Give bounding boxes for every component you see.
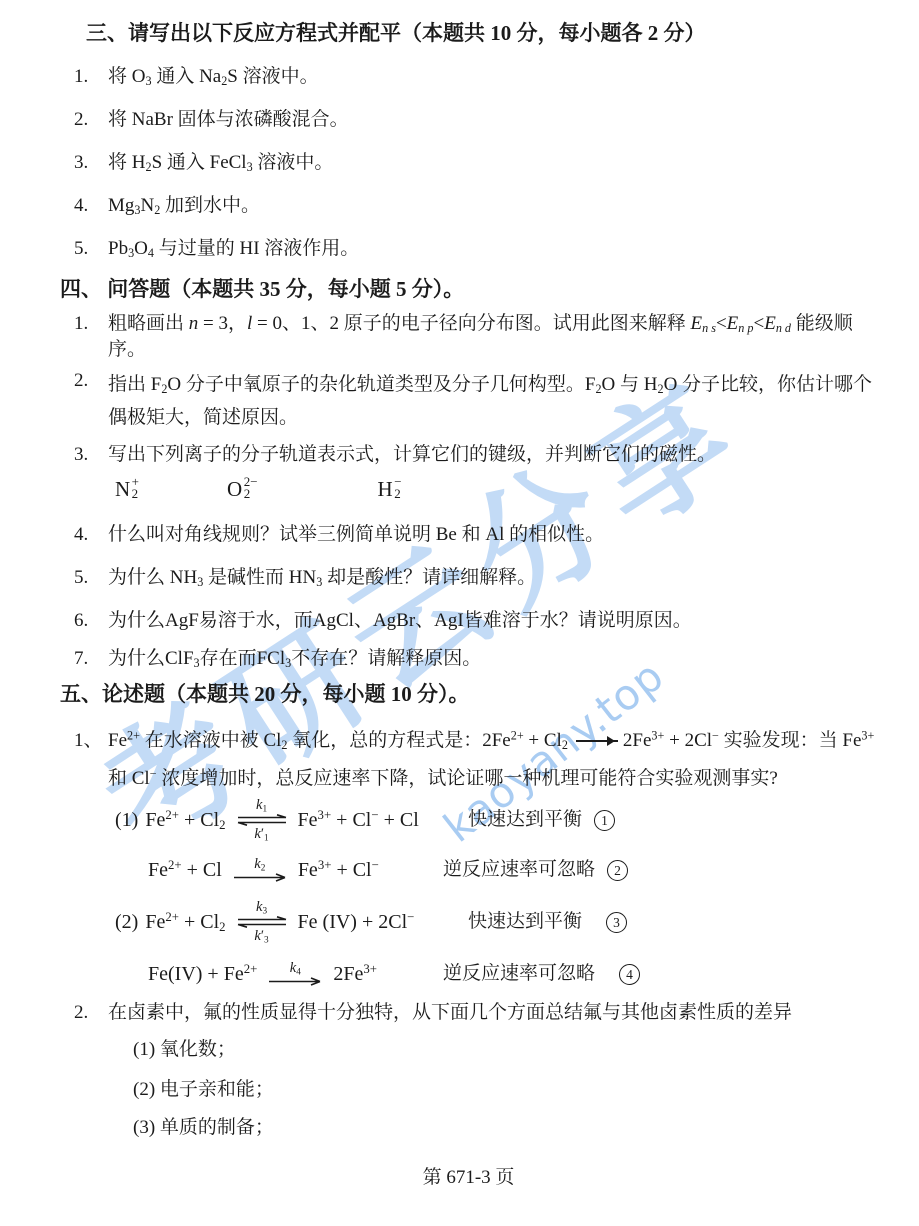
item-number: 2. [74, 107, 108, 133]
reaction-left-side: Fe2+ + Cl2 [145, 808, 225, 832]
item-number: 1. [74, 64, 108, 90]
item-number: 5. [74, 236, 108, 262]
sec3-item-4: 4. Mg3N2 加到水中。 [60, 193, 877, 219]
item-text: 写出下列离子的分子轨道表示式，计算它们的键级，并判断它们的磁性。 [108, 442, 877, 468]
reaction-note: 快速达到平衡 1 [468, 808, 615, 832]
rate-constant-forward: k4 [290, 961, 301, 976]
item-text: Fe2+ 在水溶液中被 Cl2 氧化，总的方程式是：2Fe2+ + Cl22Fe… [108, 722, 877, 798]
circled-number-2: 2 [607, 860, 628, 881]
item-text: Mg3N2 加到水中。 [108, 193, 877, 219]
circled-number-1: 1 [594, 810, 615, 831]
ion-scripts: −2 [394, 476, 401, 500]
exam-content: 三、请写出以下反应方程式并配平（本题共 10 分，每小题各 2 分） 1. 将 … [0, 0, 919, 1191]
item-number: 4. [74, 522, 108, 548]
item-text: 将 NaBr 固体与浓磷酸混合。 [108, 107, 877, 133]
sec5-question-1: 1、 Fe2+ 在水溶液中被 Cl2 氧化，总的方程式是：2Fe2+ + Cl2… [60, 722, 877, 798]
forward-arrow-icon: k4 [267, 961, 323, 987]
reaction-note: 逆反应速率可忽略 4 [443, 962, 640, 986]
sec4-item-7: 7. 为什么ClF3存在而FCl3不存在？请解释原因。 [60, 646, 877, 672]
item-number: 4. [74, 193, 108, 219]
item-text: 指出 F2O 分子中氧原子的杂化轨道类型及分子几何构型。F2O 与 H2O 分子… [108, 368, 877, 434]
item-text: 什么叫对角线规则？试举三例简单说明 Be 和 Al 的相似性。 [108, 522, 877, 548]
sec3-item-3: 3. 将 H2S 通入 FeCl3 溶液中。 [60, 150, 877, 176]
reaction-right-side: Fe3+ + Cl− + Cl [298, 808, 419, 832]
item-text: 为什么AgF易溶于水，而AgCl、AgBr、AgI皆难溶于水？请说明原因。 [108, 608, 877, 634]
mechanism-prefix: (2) [115, 910, 138, 934]
mechanism-1-step-2: Fe2+ + Cl k2 Fe3+ + Cl− 逆反应速率可忽略 2 [60, 850, 877, 890]
ion-formula-row: N+2 O2−2 H−2 [60, 474, 877, 504]
section-five-heading: 五、论述题（本题共 20 分，每小题 10 分）。 [60, 681, 877, 708]
item-number: 3. [74, 442, 108, 468]
ion-base: N [115, 476, 130, 502]
note-text: 逆反应速率可忽略 [443, 962, 595, 986]
item-number: 1、 [74, 722, 108, 798]
ion-subscript: 2 [394, 488, 401, 500]
sec3-item-2: 2. 将 NaBr 固体与浓磷酸混合。 [60, 107, 877, 133]
reaction-note: 逆反应速率可忽略 2 [443, 858, 628, 882]
ion-formula-n2plus: N+2 [115, 476, 139, 502]
sec4-item-5: 5. 为什么 NH3 是碱性而 HN3 却是酸性？请详细解释。 [60, 565, 877, 591]
reaction-right-side: 2Fe3+ [333, 962, 377, 986]
mechanism-1-step-1: (1) Fe2+ + Cl2 k1 k′1 Fe3+ + Cl− + Cl 快速… [60, 798, 877, 842]
reaction-left-side: Fe(IV) + Fe2+ [148, 962, 257, 986]
page-number: 第 671-3 页 [60, 1165, 877, 1191]
item-text: 粗略画出 n = 3，l = 0、1、2 原子的电子径向分布图。试用此图来解释 … [108, 311, 877, 363]
item-number: 7. [74, 646, 108, 672]
reaction-left-side: Fe2+ + Cl [148, 858, 222, 882]
mechanism-2-step-2: Fe(IV) + Fe2+ k4 2Fe3+ 逆反应速率可忽略 4 [60, 954, 877, 994]
reaction-note: 快速达到平衡 3 [468, 910, 627, 934]
sec3-item-5: 5. Pb3O4 与过量的 HI 溶液作用。 [60, 236, 877, 262]
item-number: 2. [74, 1000, 108, 1026]
q2-subitem-2: (2) 电子亲和能； [60, 1077, 877, 1103]
item-number: 6. [74, 608, 108, 634]
note-text: 逆反应速率可忽略 [443, 858, 595, 882]
ion-scripts: 2−2 [244, 476, 258, 500]
reaction-right-side: Fe3+ + Cl− [298, 858, 379, 882]
rate-constant-forward: k3 [256, 900, 267, 915]
item-text: 为什么ClF3存在而FCl3不存在？请解释原因。 [108, 646, 877, 672]
item-number: 3. [74, 150, 108, 176]
ion-subscript: 2 [132, 488, 139, 500]
q2-subitem-1: (1) 氧化数； [60, 1037, 877, 1063]
forward-arrow-icon: k2 [232, 857, 288, 883]
sec4-item-4: 4. 什么叫对角线规则？试举三例简单说明 Be 和 Al 的相似性。 [60, 522, 877, 548]
circled-number-4: 4 [619, 964, 640, 985]
rate-constant-reverse: k′3 [254, 929, 268, 944]
ion-subscript: 2 [244, 488, 251, 500]
item-text: 在卤素中，氟的性质显得十分独特，从下面几个方面总结氟与其他卤素性质的差异 [108, 1000, 877, 1026]
section-three-heading: 三、请写出以下反应方程式并配平（本题共 10 分，每小题各 2 分） [86, 20, 877, 47]
exam-page-scan: 考研云分享 kaoyany.top 三、请写出以下反应方程式并配平（本题共 10… [0, 0, 919, 1226]
rate-constant-reverse: k′1 [254, 827, 268, 842]
note-text: 快速达到平衡 [468, 808, 582, 832]
item-text: 将 O3 通入 Na2S 溶液中。 [108, 64, 877, 90]
ion-formula-o2-2minus: O2−2 [227, 476, 258, 502]
item-text: Pb3O4 与过量的 HI 溶液作用。 [108, 236, 877, 262]
ion-base: H [378, 476, 393, 502]
item-number: 2. [74, 368, 108, 434]
mechanism-2-step-1: (2) Fe2+ + Cl2 k3 k′3 Fe (IV) + 2Cl− 快速达… [60, 900, 877, 944]
ion-formula-h2minus: H−2 [378, 476, 402, 502]
sec3-item-1: 1. 将 O3 通入 Na2S 溶液中。 [60, 64, 877, 90]
circled-number-3: 3 [606, 912, 627, 933]
equilibrium-arrow-icon: k3 k′3 [236, 900, 288, 944]
sec4-item-3: 3. 写出下列离子的分子轨道表示式，计算它们的键级，并判断它们的磁性。 [60, 442, 877, 468]
sec4-item-2: 2. 指出 F2O 分子中氧原子的杂化轨道类型及分子几何构型。F2O 与 H2O… [60, 368, 877, 434]
sec4-item-6: 6. 为什么AgF易溶于水，而AgCl、AgBr、AgI皆难溶于水？请说明原因。 [60, 608, 877, 634]
sec4-item-1: 1. 粗略画出 n = 3，l = 0、1、2 原子的电子径向分布图。试用此图来… [60, 311, 877, 363]
section-four-heading: 四、 问答题（本题共 35 分，每小题 5 分）。 [60, 276, 877, 303]
sec5-question-2: 2. 在卤素中，氟的性质显得十分独特，从下面几个方面总结氟与其他卤素性质的差异 [60, 1000, 877, 1026]
rate-constant-forward: k1 [256, 798, 267, 813]
item-number: 1. [74, 311, 108, 363]
q2-subitem-3: (3) 单质的制备； [60, 1115, 877, 1141]
equilibrium-arrow-icon: k1 k′1 [236, 798, 288, 842]
reaction-left-side: Fe2+ + Cl2 [145, 910, 225, 934]
ion-scripts: +2 [132, 476, 139, 500]
ion-base: O [227, 476, 242, 502]
note-text: 快速达到平衡 [468, 910, 582, 934]
item-text: 将 H2S 通入 FeCl3 溶液中。 [108, 150, 877, 176]
mechanism-prefix: (1) [115, 808, 138, 832]
reaction-right-side: Fe (IV) + 2Cl− [298, 910, 415, 934]
item-number: 5. [74, 565, 108, 591]
rate-constant-forward: k2 [254, 857, 265, 872]
item-text: 为什么 NH3 是碱性而 HN3 却是酸性？请详细解释。 [108, 565, 877, 591]
